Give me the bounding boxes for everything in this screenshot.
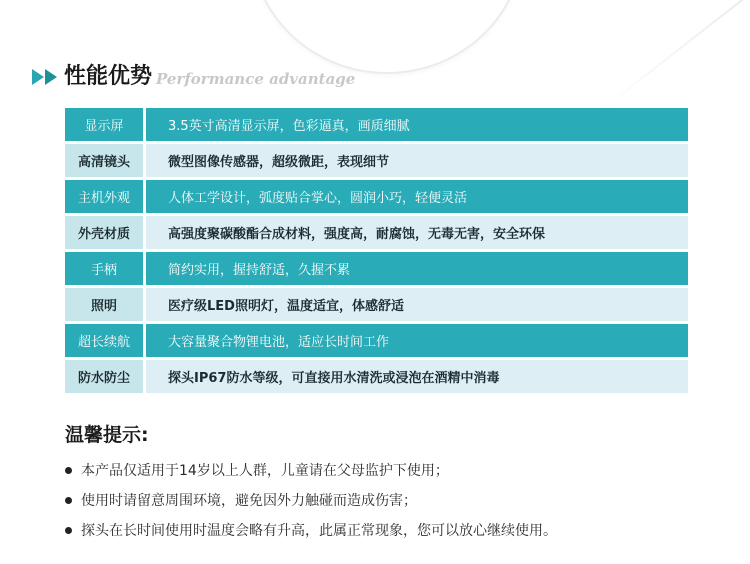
- bullet-icon: [65, 527, 72, 534]
- tips-title: 温馨提示:: [65, 420, 149, 447]
- list-item: 使用时请留意周围环境，避免因外力触碰而造成伤害；: [65, 485, 557, 515]
- spec-label: 显示屏: [65, 108, 143, 141]
- bullet-icon: [65, 497, 72, 504]
- tip-text: 使用时请留意周围环境，避免因外力触碰而造成伤害；: [81, 490, 417, 510]
- spec-row: 主机外观 人体工学设计，弧度贴合掌心，圆润小巧，轻便灵活: [65, 180, 688, 213]
- spec-value: 高强度聚碳酸酯合成材料，强度高，耐腐蚀，无毒无害，安全环保: [146, 216, 688, 249]
- section-header: 性能优势 Performance advantage: [32, 60, 355, 90]
- spec-row: 外壳材质 高强度聚碳酸酯合成材料，强度高，耐腐蚀，无毒无害，安全环保: [65, 216, 688, 249]
- spec-label: 外壳材质: [65, 216, 143, 249]
- list-item: 探头在长时间使用时温度会略有升高，此属正常现象，您可以放心继续使用。: [65, 515, 557, 545]
- spec-value: 3.5英寸高清显示屏，色彩逼真，画质细腻: [146, 108, 688, 141]
- spec-value: 简约实用，握持舒适，久握不累: [146, 252, 688, 285]
- spec-value: 大容量聚合物锂电池，适应长时间工作: [146, 324, 688, 357]
- spec-row: 高清镜头 微型图像传感器，超级微距，表现细节: [65, 144, 688, 177]
- spec-value: 医疗级LED照明灯，温度适宜，体感舒适: [146, 288, 688, 321]
- spec-table: 显示屏 3.5英寸高清显示屏，色彩逼真，画质细腻 高清镜头 微型图像传感器，超级…: [65, 108, 688, 396]
- spec-label: 手柄: [65, 252, 143, 285]
- tip-text: 本产品仅适用于14岁以上人群，儿童请在父母监护下使用；: [81, 460, 449, 480]
- spec-label: 主机外观: [65, 180, 143, 213]
- double-chevron-right-icon: [32, 69, 58, 85]
- spec-row: 照明 医疗级LED照明灯，温度适宜，体感舒适: [65, 288, 688, 321]
- decorative-line: [599, 0, 750, 112]
- spec-label: 照明: [65, 288, 143, 321]
- spec-row: 手柄 简约实用，握持舒适，久握不累: [65, 252, 688, 285]
- section-subtitle: Performance advantage: [156, 70, 355, 88]
- tip-text: 探头在长时间使用时温度会略有升高，此属正常现象，您可以放心继续使用。: [81, 520, 557, 540]
- spec-value: 微型图像传感器，超级微距，表现细节: [146, 144, 688, 177]
- tips-list: 本产品仅适用于14岁以上人群，儿童请在父母监护下使用； 使用时请留意周围环境，避…: [65, 455, 557, 545]
- bullet-icon: [65, 467, 72, 474]
- spec-label: 超长续航: [65, 324, 143, 357]
- spec-value: 探头IP67防水等级，可直接用水清洗或浸泡在酒精中消毒: [146, 360, 688, 393]
- spec-label: 防水防尘: [65, 360, 143, 393]
- spec-label: 高清镜头: [65, 144, 143, 177]
- spec-row: 防水防尘 探头IP67防水等级，可直接用水清洗或浸泡在酒精中消毒: [65, 360, 688, 393]
- spec-row: 超长续航 大容量聚合物锂电池，适应长时间工作: [65, 324, 688, 357]
- list-item: 本产品仅适用于14岁以上人群，儿童请在父母监护下使用；: [65, 455, 557, 485]
- spec-value: 人体工学设计，弧度贴合掌心，圆润小巧，轻便灵活: [146, 180, 688, 213]
- section-title: 性能优势: [64, 64, 152, 90]
- spec-row: 显示屏 3.5英寸高清显示屏，色彩逼真，画质细腻: [65, 108, 688, 141]
